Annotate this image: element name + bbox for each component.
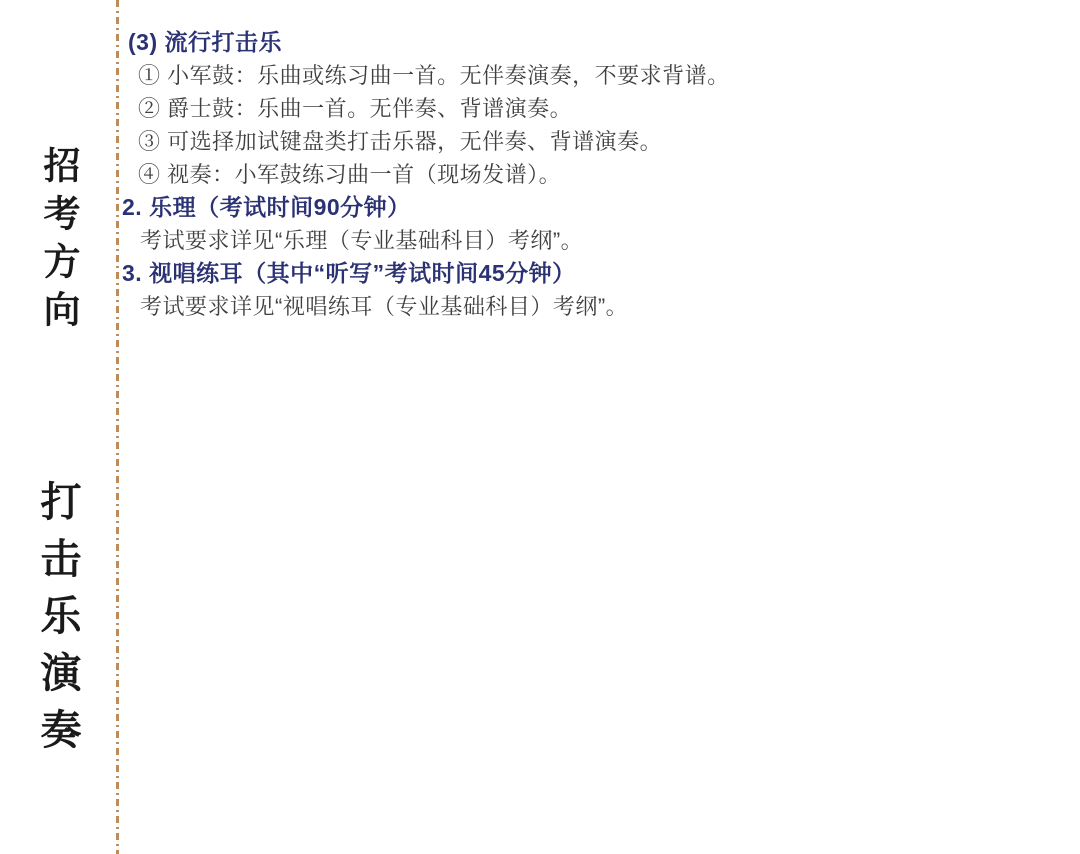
section-header-pop-percussion: (3) 流行打击乐 [128,26,1064,59]
body-ear-training-requirement: 考试要求详见“视唱练耳（专业基础科目）考纲”。 [140,290,1064,323]
list-item-jazz-drum: ② 爵士鼓：乐曲一首。无伴奏、背谱演奏。 [138,92,1064,125]
section-header-music-theory: 2. 乐理（考试时间90分钟） [122,191,1064,224]
section-header-ear-training: 3. 视唱练耳（其中“听写”考试时间45分钟） [122,257,1064,290]
dashed-divider [116,0,119,854]
recruitment-direction-label: 招考方向 [31,146,85,338]
document-page: 招考方向 打击乐演奏 (3) 流行打击乐 ① 小军鼓：乐曲或练习曲一首。无伴奏演… [0,0,1080,854]
sidebar-recruitment-direction: 招考方向 [0,146,116,338]
body-music-theory-requirement: 考试要求详见“乐理（专业基础科目）考纲”。 [140,224,1064,257]
list-item-keyboard-percussion: ③ 可选择加试键盘类打击乐器，无伴奏、背谱演奏。 [138,125,1064,158]
list-item-snare-drum: ① 小军鼓：乐曲或练习曲一首。无伴奏演奏，不要求背谱。 [138,59,1064,92]
percussion-performance-label: 打击乐演奏 [29,480,88,765]
list-item-sight-reading: ④ 视奏：小军鼓练习曲一首（现场发谱）。 [138,158,1064,191]
content-area: (3) 流行打击乐 ① 小军鼓：乐曲或练习曲一首。无伴奏演奏，不要求背谱。 ② … [122,26,1064,323]
sidebar: 招考方向 打击乐演奏 [0,0,116,854]
sidebar-major-name: 打击乐演奏 [0,480,116,765]
